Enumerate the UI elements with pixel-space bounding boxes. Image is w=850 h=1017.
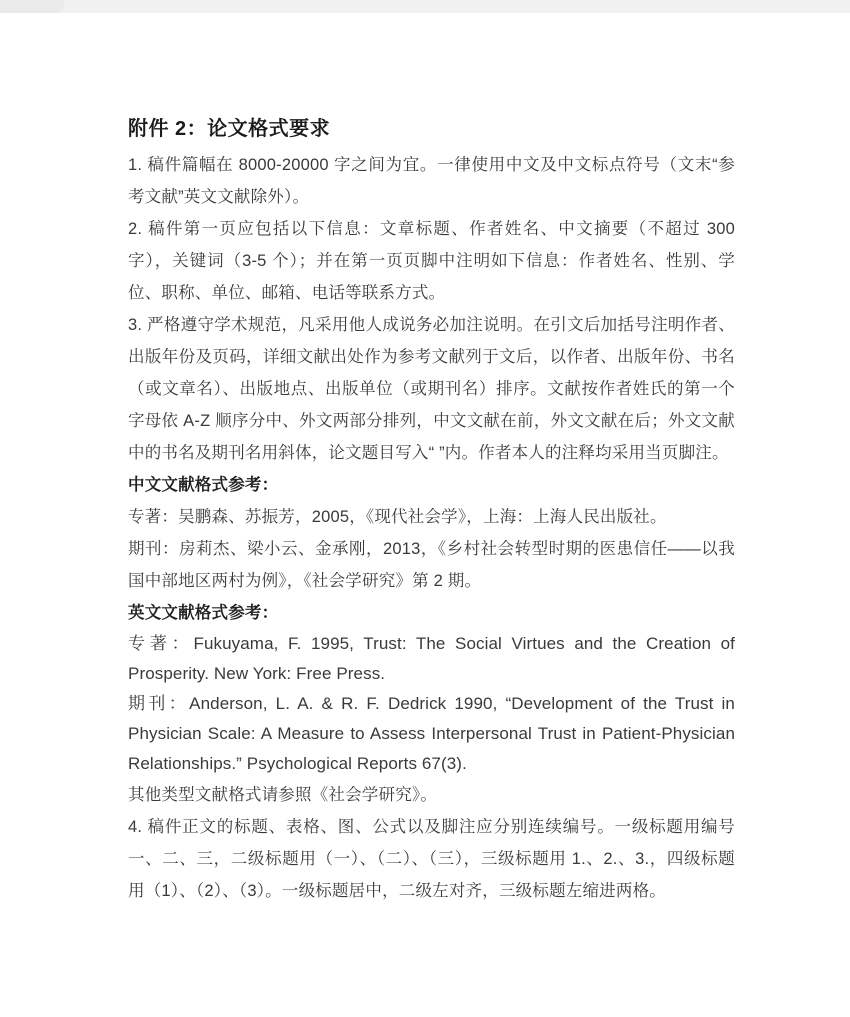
- reference-chinese-journal: 期刊：房莉杰、梁小云、金承刚，2013，《乡村社会转型时期的医患信任——以我国中…: [128, 533, 735, 597]
- paragraph-first-page-info: 2. 稿件第一页应包括以下信息：文章标题、作者姓名、中文摘要（不超过 300 字…: [128, 213, 735, 309]
- document-page: 附件 2：论文格式要求 1. 稿件篇幅在 8000-20000 字之间为宜。一律…: [128, 13, 735, 907]
- label-chinese-reference-format: 中文文献格式参考：: [128, 469, 735, 501]
- browser-tab-remnant: [0, 0, 64, 13]
- paragraph-manuscript-length: 1. 稿件篇幅在 8000-20000 字之间为宜。一律使用中文及中文标点符号（…: [128, 149, 735, 213]
- label-english-reference-format: 英文文献格式参考：: [128, 597, 735, 629]
- paragraph-academic-norms: 3. 严格遵守学术规范，凡采用他人成说务必加注说明。在引文后加括号注明作者、出版…: [128, 309, 735, 469]
- reference-english-monograph: 专著：Fukuyama, F. 1995, Trust: The Social …: [128, 629, 735, 689]
- paragraph-other-reference-note: 其他类型文献格式请参照《社会学研究》。: [128, 779, 735, 811]
- reference-chinese-monograph: 专著：吴鹏森、苏振芳，2005，《现代社会学》，上海：上海人民出版社。: [128, 501, 735, 533]
- reference-english-journal: 期刊：Anderson, L. A. & R. F. Dedrick 1990,…: [128, 689, 735, 779]
- top-chrome-bar: [0, 0, 850, 13]
- document-heading: 附件 2：论文格式要求: [128, 115, 735, 143]
- paragraph-numbering-rules: 4. 稿件正文的标题、表格、图、公式以及脚注应分别连续编号。一级标题用编号一、二…: [128, 811, 735, 907]
